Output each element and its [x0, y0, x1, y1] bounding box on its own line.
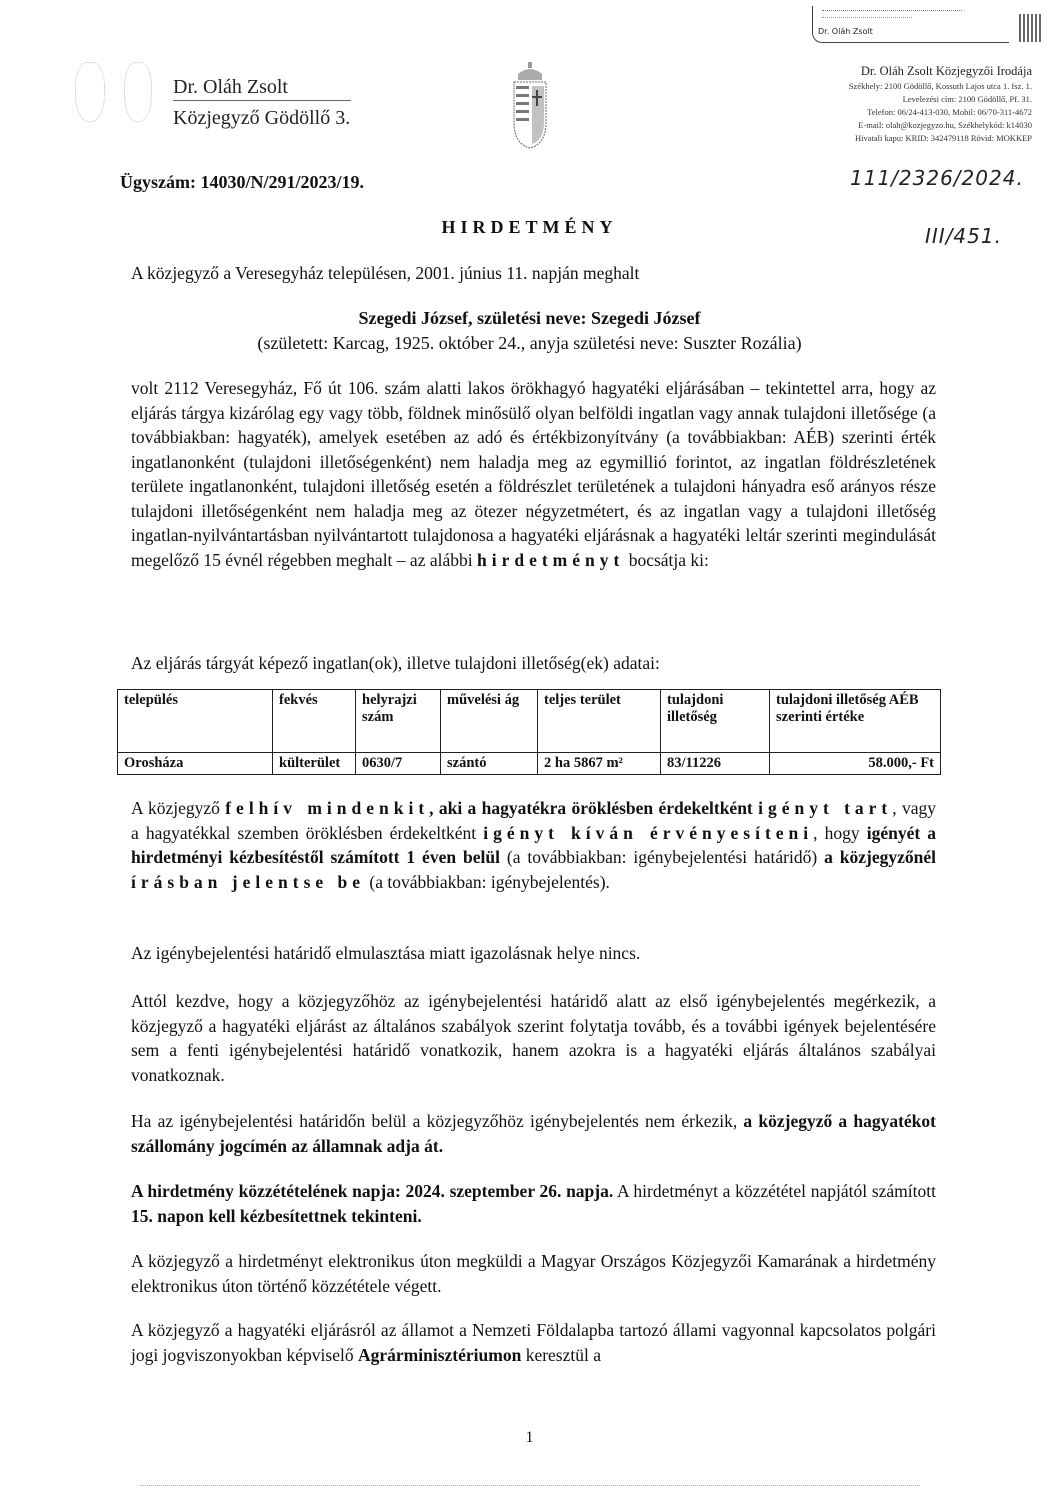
bold-text: a közjegyzőnél [824, 847, 936, 867]
case-value: 14030/N/291/2023/19. [200, 172, 364, 192]
electronic-send-paragraph: A közjegyző a hirdetményt elektronikus ú… [131, 1249, 936, 1298]
office-email: E-mail: olah@kozjegyzo.hu, Székhelykód: … [740, 119, 1032, 132]
text: , hogy [813, 823, 867, 843]
bold-text: , aki a hagyatékra öröklésben érdekeltké… [429, 798, 758, 818]
column-header: tulajdoni illetőség AÉB szerinti értéke [770, 690, 941, 753]
table-cell: 58.000,- Ft [770, 753, 941, 775]
case-label: Ügyszám: [120, 172, 196, 192]
table-cell: külterület [273, 753, 356, 775]
state-notice-paragraph: A közjegyző a hagyatéki eljárásról az ál… [131, 1318, 936, 1367]
table-header-row: település fekvés helyrajzi szám művelési… [118, 690, 941, 753]
first-claim-paragraph: Attól kezdve, hogy a közjegyzőhöz az igé… [131, 989, 936, 1087]
divider [173, 100, 351, 101]
no-excuse-paragraph: Az igénybejelentési határidő elmulasztás… [131, 941, 936, 966]
main-paragraph: volt 2112 Veresegyház, Fő út 106. szám a… [131, 376, 936, 572]
no-claim-paragraph: Ha az igénybejelentési határidőn belül a… [131, 1109, 936, 1158]
properties-label: Az eljárás tárgyát képező ingatlan(ok), … [131, 651, 936, 676]
table-row: Orosháza külterület 0630/7 szántó 2 ha 5… [118, 753, 941, 775]
office-postal: Levelezési cím: 2100 Gödöllő, Pf. 31. [740, 93, 1032, 106]
intro-text: A közjegyző a Veresegyház településen, 2… [131, 261, 936, 286]
emphasized-text: igényt tart [758, 798, 892, 818]
stamp-signer-name: Dr. Oláh Zsolt [818, 27, 873, 36]
table-cell: szántó [441, 753, 538, 775]
column-header: település [118, 690, 273, 753]
emphasized-text: felhív mindenkit [225, 798, 429, 818]
emphasized-word: hirdetményt [477, 550, 624, 570]
case-number: Ügyszám: 14030/N/291/2023/19. [120, 172, 364, 193]
office-contact-block: Dr. Oláh Zsolt Közjegyzői Irodája Székhe… [740, 62, 1032, 145]
office-gateway: Hivatali kapu: KRID: 342479118 Rövid: MO… [740, 132, 1032, 145]
office-phone: Telefon: 06/24-413-030, Mobil: 06/70-311… [740, 106, 1032, 119]
column-header: fekvés [273, 690, 356, 753]
deceased-name: Szegedi József, születési neve: Szegedi … [0, 308, 1059, 329]
property-table: település fekvés helyrajzi szám művelési… [117, 689, 941, 775]
column-header: tulajdoni illetőség [661, 690, 770, 753]
main-text: volt 2112 Veresegyház, Fő út 106. szám a… [131, 378, 936, 570]
main-text-end: bocsátja ki: [624, 550, 709, 570]
text: (a továbbiakban: igénybejelentés). [365, 872, 610, 892]
ministry-name: Agrárminisztériumon [358, 1345, 521, 1365]
stamp-text-line [822, 17, 912, 20]
emphasized-text: írásban jelentse be [131, 872, 365, 892]
notary-seal-icon [124, 62, 152, 122]
table-cell: 83/11226 [661, 753, 770, 775]
handwritten-registry-number: 111/2326/2024. [850, 166, 1024, 190]
table-cell: Orosháza [118, 753, 273, 775]
text: A hirdetményt a közzététel napjától szám… [613, 1181, 936, 1201]
delivery-deadline: 15. napon kell kézbesítettnek tekinteni. [131, 1206, 422, 1226]
qr-code-icon [1019, 14, 1041, 42]
notary-office: Közjegyző Gödöllő 3. [173, 107, 350, 130]
office-address: Székhely: 2100 Gödöllő, Kossuth Lajos ut… [740, 80, 1032, 93]
emphasized-text: igényt kíván érvényesíteni [483, 823, 813, 843]
document-title: HIRDETMÉNY [0, 217, 1059, 238]
deceased-birth-details: (született: Karcag, 1925. október 24., a… [0, 333, 1059, 354]
notary-seal-icon [75, 62, 105, 122]
publication-date-paragraph: A hirdetmény közzétételének napja: 2024.… [131, 1179, 936, 1228]
publication-date: A hirdetmény közzétételének napja: 2024.… [131, 1181, 613, 1201]
text: keresztül a [521, 1345, 601, 1365]
page-number: 1 [0, 1429, 1059, 1447]
hungarian-coat-of-arms-icon [510, 60, 550, 150]
column-header: helyrajzi szám [356, 690, 441, 753]
stamp-text-line [822, 10, 962, 13]
table-cell: 2 ha 5867 m² [538, 753, 661, 775]
column-header: művelési ág [441, 690, 538, 753]
notary-name: Dr. Oláh Zsolt [173, 76, 288, 99]
call-paragraph: A közjegyző felhív mindenkit, aki a hagy… [131, 796, 936, 894]
text: A közjegyző [131, 798, 225, 818]
office-title: Dr. Oláh Zsolt Közjegyzői Irodája [740, 62, 1032, 80]
footer-divider [140, 1485, 920, 1486]
table-cell: 0630/7 [356, 753, 441, 775]
text: Ha az igénybejelentési határidőn belül a… [131, 1111, 743, 1131]
text: (a továbbiakban: igénybejelentési határi… [500, 847, 824, 867]
column-header: teljes terület [538, 690, 661, 753]
